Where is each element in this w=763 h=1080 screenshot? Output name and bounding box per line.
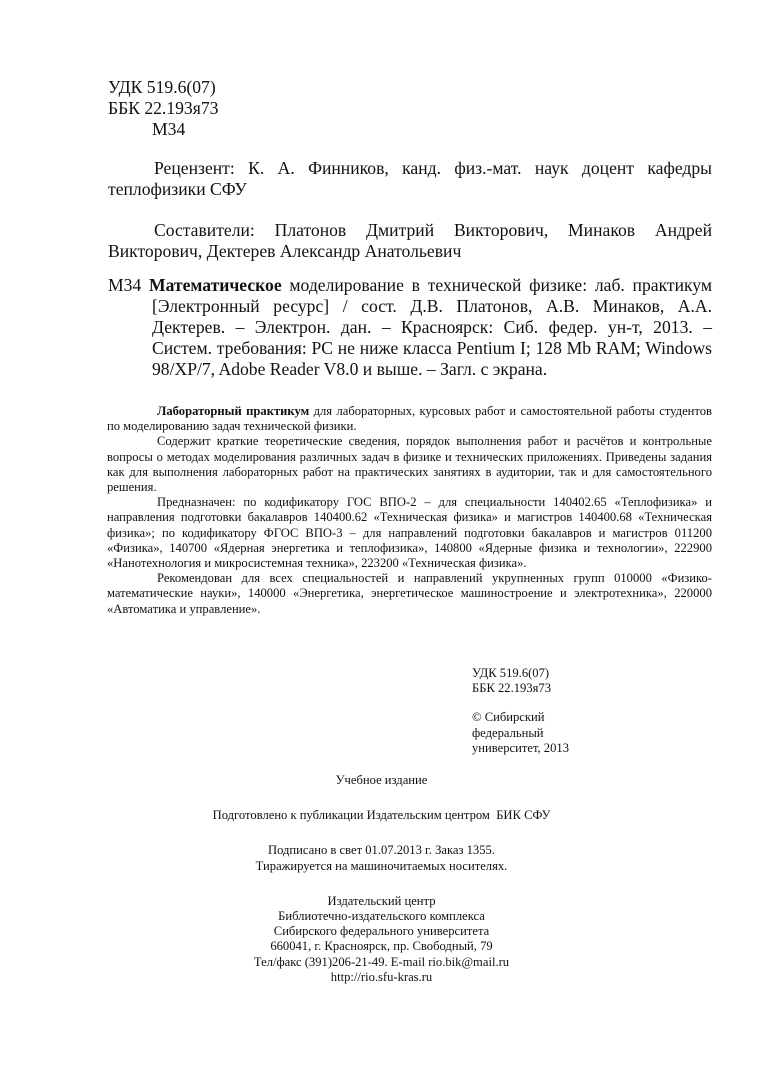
- media-note: Тиражируется на машиночитаемых носителях…: [0, 859, 763, 874]
- catalog-title-bold: Математическое: [149, 275, 282, 295]
- publisher-line: Библиотечно-издательского комплекса: [0, 909, 763, 924]
- catalog-entry: М34 Математическое моделирование в техни…: [108, 275, 712, 380]
- signed-date: Подписано в свет 01.07.2013 г. Заказ 135…: [0, 843, 763, 858]
- bbk-code-secondary: ББК 22.193я73: [472, 681, 569, 696]
- compilers-paragraph: Составители: Платонов Дмитрий Викторович…: [108, 220, 712, 262]
- udk-code-secondary: УДК 519.6(07): [472, 666, 569, 681]
- abstract-paragraph-4: Рекомендован для всех специальностей и н…: [107, 571, 712, 617]
- catalog-code: М34: [108, 275, 141, 295]
- prepared-by: Подготовлено к публикации Издательским ц…: [0, 808, 763, 823]
- abstract-bold-lead: Лабораторный практикум: [157, 404, 309, 418]
- publisher-line: Сибирского федерального университета: [0, 924, 763, 939]
- abstract-paragraph-2: Содержит краткие теоретические сведения,…: [107, 434, 712, 495]
- publisher-website: http://rio.sfu-kras.ru: [0, 970, 763, 985]
- copyright-line: федеральный: [472, 726, 569, 741]
- edition-type: Учебное издание: [0, 773, 763, 788]
- catalog-title-rest: моделирование в технической физике: лаб.…: [282, 275, 712, 295]
- bbk-code: ББК 22.193я73: [108, 98, 218, 119]
- publisher-contact: Тел/факс (391)206-21-49. E-mail rio.bik@…: [0, 955, 763, 970]
- abstract-paragraph-1: Лабораторный практикум для лабораторных,…: [107, 404, 712, 434]
- copyright-line: © Сибирский: [472, 710, 569, 725]
- document-page: УДК 519.6(07) ББК 22.193я73 М34 Рецензен…: [0, 0, 763, 1080]
- abstract-paragraph-3: Предназначен: по кодификатору ГОС ВПО-2 …: [107, 495, 712, 571]
- copyright-line: университет, 2013: [472, 741, 569, 756]
- imprint: Учебное издание Подготовлено к публикаци…: [0, 773, 763, 985]
- abstract: Лабораторный практикум для лабораторных,…: [107, 404, 712, 617]
- catalog-continuation: [Электронный ресурс] / сост. Д.В. Платон…: [152, 296, 712, 379]
- reviewer-paragraph: Рецензент: К. А. Финников, канд. физ.-ма…: [108, 158, 712, 200]
- udk-code: УДК 519.6(07): [108, 77, 216, 98]
- copyright-block: УДК 519.6(07) ББК 22.193я73 © Сибирский …: [472, 666, 569, 756]
- publisher-address: 660041, г. Красноярск, пр. Свободный, 79: [0, 939, 763, 954]
- author-mark: М34: [152, 119, 185, 140]
- publisher-line: Издательский центр: [0, 894, 763, 909]
